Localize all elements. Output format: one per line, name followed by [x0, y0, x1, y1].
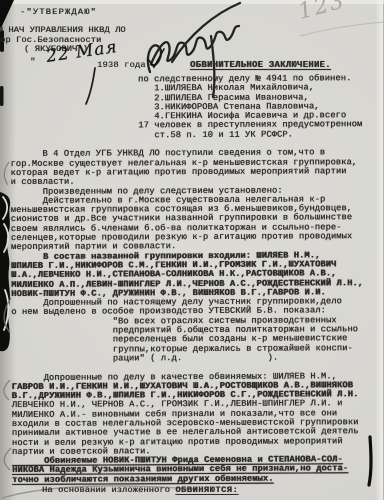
scanned-document-page: 123 -"УТВЕРЖДАЮ" ЗАМ НАЧ УПРАВЛЕНИЯ НКВД…	[0, 0, 384, 500]
typed-quote-mark: "	[30, 57, 35, 67]
closing-prefix: На основании изложенного	[10, 485, 175, 495]
pencil-line-topright	[300, 22, 384, 36]
document-line: точно изобличаются показаниями других об…	[12, 474, 364, 485]
checkmark-ink	[146, 47, 166, 69]
approval-stamp-label: -"УТВЕРЖДАЮ"	[20, 8, 126, 17]
page-number-pencil: 123	[296, 0, 349, 25]
closing-emphasis: ОБВИНЯЮТСЯ:	[175, 485, 238, 495]
document-title: ОБВИНИТЕЛЬНОЕ ЗАКЛЮЧЕНИЕ.	[190, 60, 331, 70]
scan-highlight-right	[375, 0, 384, 500]
closing-statement: На основании изложенного ОБВИНЯЮТСЯ:	[10, 486, 238, 495]
margin-pen-stroke	[369, 437, 371, 485]
typed-date-year: 1938 года	[97, 60, 146, 70]
document-body: по следственному делу № 4941 по обвинен.…	[10, 74, 364, 485]
